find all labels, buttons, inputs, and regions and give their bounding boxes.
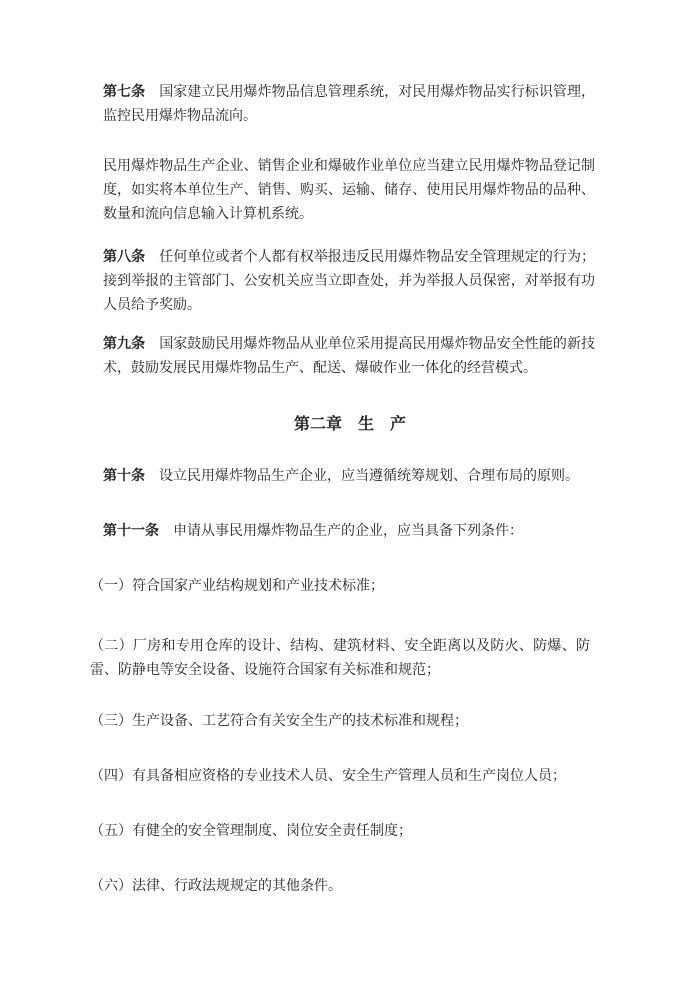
article-8-paragraph: 第八条任何单位或者个人都有权举报违反民用爆炸物品安全管理规定的行为；接到举报的主… (103, 246, 595, 318)
article-10-paragraph: 第十条设立民用爆炸物品生产企业，应当遵循统筹规划、合理布局的原则。 (103, 465, 595, 489)
article-8-text: 任何单位或者个人都有权举报违反民用爆炸物品安全管理规定的行为；接到举报的主管部门… (103, 250, 595, 313)
article-11-number: 第十一条 (103, 524, 159, 539)
document-page: 第七条国家建立民用爆炸物品信息管理系统，对民用爆炸物品实行标识管理，监控民用爆炸… (0, 0, 700, 990)
condition-item-4: （四）有具备相应资格的专业技术人员、安全生产管理人员和生产岗位人员； (90, 765, 590, 789)
article-10-number: 第十条 (103, 469, 145, 484)
registration-system-paragraph: 民用爆炸物品生产企业、销售企业和爆破作业单位应当建立民用爆炸物品登记制度，如实将… (103, 155, 595, 227)
registration-paragraph-text: 民用爆炸物品生产企业、销售企业和爆破作业单位应当建立民用爆炸物品登记制度，如实将… (103, 159, 595, 222)
article-9-text: 国家鼓励民用爆炸物品从业单位采用提高民用爆炸物品安全性能的新技术，鼓励发展民用爆… (103, 337, 595, 376)
condition-item-3: （三）生产设备、工艺符合有关安全生产的技术标准和规程； (90, 710, 590, 734)
article-9-paragraph: 第九条国家鼓励民用爆炸物品从业单位采用提高民用爆炸物品安全性能的新技术，鼓励发展… (103, 333, 595, 381)
article-11-text: 申请从事民用爆炸物品生产的企业，应当具备下列条件： (173, 524, 523, 539)
article-9-number: 第九条 (103, 337, 145, 352)
article-8-number: 第八条 (103, 250, 145, 265)
article-7-text: 国家建立民用爆炸物品信息管理系统，对民用爆炸物品实行标识管理，监控民用爆炸物品流… (103, 85, 595, 124)
condition-item-6: （六）法律、行政法规规定的其他条件。 (90, 875, 590, 899)
article-7-paragraph: 第七条国家建立民用爆炸物品信息管理系统，对民用爆炸物品实行标识管理，监控民用爆炸… (103, 81, 595, 129)
article-11-paragraph: 第十一条申请从事民用爆炸物品生产的企业，应当具备下列条件： (103, 520, 595, 544)
article-7-number: 第七条 (103, 85, 145, 100)
condition-item-1: （一）符合国家产业结构规划和产业技术标准； (90, 575, 590, 599)
chapter-2-heading: 第二章 生 产 (0, 413, 700, 437)
condition-item-2: （二）厂房和专用仓库的设计、结构、建筑材料、安全距离以及防火、防爆、防雷、防静电… (90, 635, 590, 683)
condition-item-5: （五）有健全的安全管理制度、岗位安全责任制度； (90, 820, 590, 844)
article-10-text: 设立民用爆炸物品生产企业，应当遵循统筹规划、合理布局的原则。 (159, 469, 579, 484)
